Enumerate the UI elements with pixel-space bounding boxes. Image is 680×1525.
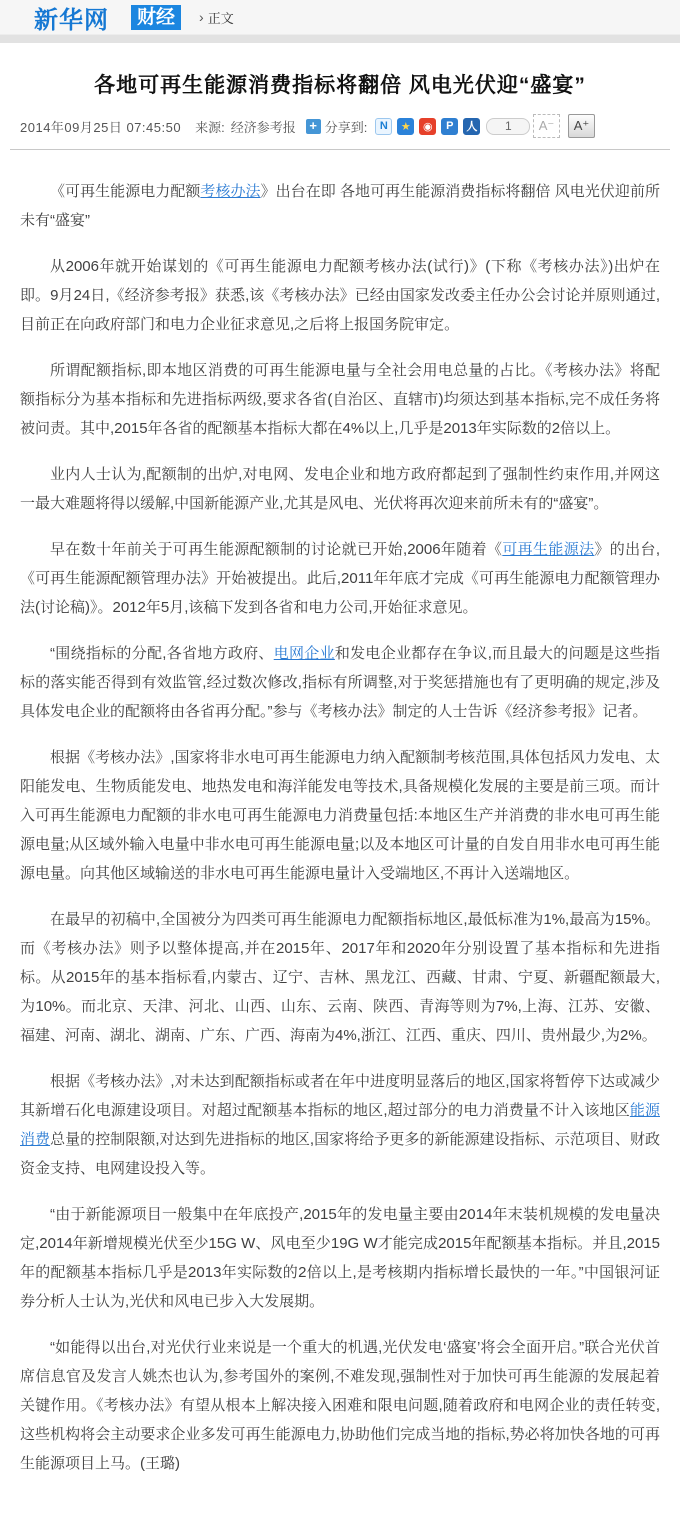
article-meta-row: 2014年09月25日 07:45:50 来源: 经济参考报 + 分享到: N★… — [0, 113, 680, 139]
breadcrumb: › 正文 — [199, 8, 234, 27]
paragraph: “如能得以出台,对光伏行业来说是一个重大的机遇,光伏发电‘盛宴’将会全面开启。”… — [20, 1333, 660, 1478]
paragraph: 业内人士认为,配额制的出炉,对电网、发电企业和地方政府都起到了强制性约束作用,并… — [20, 460, 660, 518]
paragraph: 根据《考核办法》,国家将非水电可再生能源电力纳入配额制考核范围,具体包括风力发电… — [20, 743, 660, 888]
share-plus-icon[interactable]: + — [306, 119, 321, 134]
pengyou-share-icon[interactable]: P — [441, 118, 458, 135]
paragraph-text: 总量的控制限额,对达到先进指标的地区,国家将给予更多的新能源建设指标、示范项目、… — [20, 1131, 660, 1177]
inline-link[interactable]: 可再生能源法 — [502, 541, 594, 558]
paragraph: “由于新能源项目一般集中在年底投产,2015年的发电量主要由2014年末装机规模… — [20, 1200, 660, 1316]
paragraph: 早在数十年前关于可再生能源配额制的讨论就已开始,2006年随着《可再生能源法》的… — [20, 535, 660, 622]
paragraph-text: 根据《考核办法》,国家将非水电可再生能源电力纳入配额制考核范围,具体包括风力发电… — [20, 749, 660, 882]
inline-link[interactable]: 电网企业 — [274, 645, 335, 662]
xinhuanet-logo[interactable]: 新华网 — [34, 0, 109, 35]
paragraph-text: “如能得以出台,对光伏行业来说是一个重大的机遇,光伏发电‘盛宴’将会全面开启。”… — [20, 1339, 660, 1472]
paragraph: 根据《考核办法》,对未达到配额指标或者在年中进度明显落后的地区,国家将暂停下达或… — [20, 1067, 660, 1183]
paragraph-text: 所谓配额指标,即本地区消费的可再生能源电量与全社会用电总量的占比。《考核办法》将… — [20, 362, 660, 437]
qzone-share-icon[interactable]: ★ — [397, 118, 414, 135]
paragraph-text: 在最早的初稿中,全国被分为四类可再生能源电力配额指标地区,最低标准为1%,最高为… — [20, 911, 660, 1044]
share-to-label: 分享到: — [325, 117, 368, 136]
publish-date: 2014年09月25日 07:45:50 — [20, 117, 181, 136]
paragraph-text: 业内人士认为,配额制的出炉,对电网、发电企业和地方政府都起到了强制性约束作用,并… — [20, 466, 660, 512]
paragraph: 从2006年就开始谋划的《可再生能源电力配额考核办法(试行)》(下称《考核办法》… — [20, 252, 660, 339]
weibo-share-icon[interactable]: ◉ — [419, 118, 436, 135]
breadcrumb-current: 正文 — [208, 8, 234, 27]
font-size-controls: A⁻ A⁺ — [533, 114, 595, 138]
paragraph-text: 根据《考核办法》,对未达到配额指标或者在年中进度明显落后的地区,国家将暂停下达或… — [20, 1073, 660, 1119]
paragraph: 所谓配额指标,即本地区消费的可再生能源电量与全社会用电总量的占比。《考核办法》将… — [20, 356, 660, 443]
paragraph: “围绕指标的分配,各省地方政府、电网企业和发电企业都存在争议,而且最大的问题是这… — [20, 639, 660, 726]
paragraph-text: 早在数十年前关于可再生能源配额制的讨论就已开始,2006年随着《 — [50, 541, 502, 558]
inline-link[interactable]: 考核办法 — [200, 183, 260, 200]
breadcrumb-arrow-icon: › — [199, 9, 204, 25]
paragraph-text: 《可再生能源电力配额 — [50, 183, 200, 200]
page-title: 各地可再生能源消费指标将翻倍 风电光伏迎“盛宴” — [30, 69, 650, 99]
header-divider-band — [0, 34, 680, 43]
paragraph-text: “由于新能源项目一般集中在年底投产,2015年的发电量主要由2014年末装机规模… — [20, 1206, 660, 1310]
font-smaller-button[interactable]: A⁻ — [533, 114, 560, 138]
paragraph-text: 从2006年就开始谋划的《可再生能源电力配额考核办法(试行)》(下称《考核办法》… — [20, 258, 660, 333]
source-name[interactable]: 经济参考报 — [231, 117, 296, 136]
share-icons: N★◉P人 — [375, 118, 480, 135]
channel-badge-finance[interactable]: 财经 — [131, 5, 181, 30]
renren-share-icon[interactable]: 人 — [463, 118, 480, 135]
share-count-bubble[interactable]: 1 — [486, 118, 530, 135]
paragraph: 在最早的初稿中,全国被分为四类可再生能源电力配额指标地区,最低标准为1%,最高为… — [20, 905, 660, 1050]
paragraph-text: “围绕指标的分配,各省地方政府、 — [50, 645, 274, 662]
paragraph: 《可再生能源电力配额考核办法》出台在即 各地可再生能源消费指标将翻倍 风电光伏迎… — [20, 177, 660, 235]
netease-share-icon[interactable]: N — [375, 118, 392, 135]
source-label: 来源: — [195, 117, 225, 136]
site-header: 新华网 财经 › 正文 — [0, 0, 680, 34]
article-body: 《可再生能源电力配额考核办法》出台在即 各地可再生能源消费指标将翻倍 风电光伏迎… — [0, 150, 680, 1525]
font-larger-button[interactable]: A⁺ — [568, 114, 595, 138]
